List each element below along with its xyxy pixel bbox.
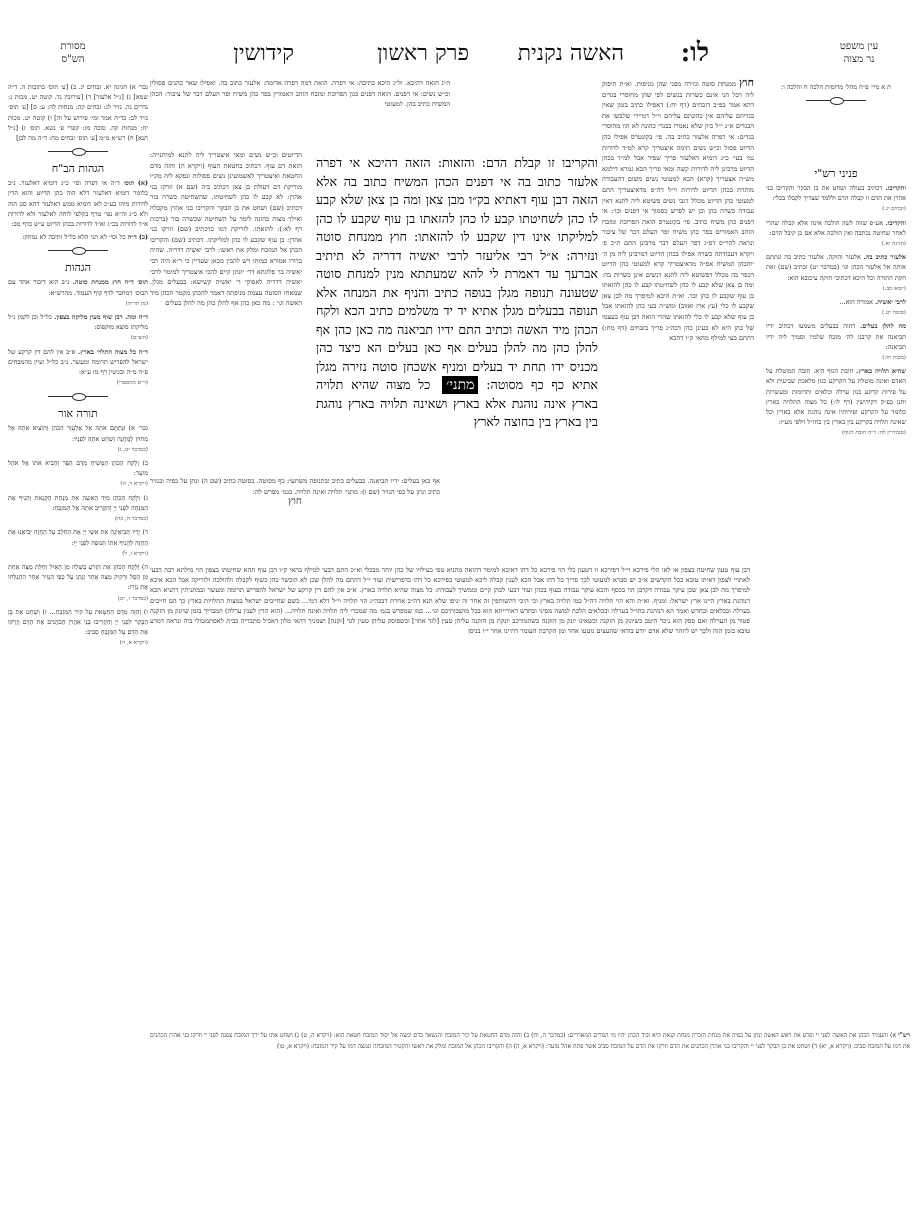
hagahot-habach-title: הגהות הב"ח <box>8 161 148 176</box>
wide-commentary-text: דבן עוף טעון שחיטה בצפון או לאו הלי פירכ… <box>150 566 750 635</box>
pennei-entry: והקריבו. דכתיב בעולה ושחט את בן הבקר והק… <box>766 183 906 215</box>
ornament-divider <box>48 147 108 155</box>
torah-or-entry: ג) וְלָקַח הַכֹּהֵן מִיַּד הָאִשָּׁה אֵת… <box>8 493 148 525</box>
torah-or-entry: גבר׳ א) וּנְתַתֶּם אֹתָהּ אֶל אֶלְעָזָר … <box>8 423 148 455</box>
catchword: חוץ <box>150 497 440 508</box>
pennei-entry: לרבי יאשיה. אמורה הוא...(סוטה יט.) <box>766 297 906 318</box>
tosafot-text: הדיוטים וכ״ש נשים ומאי איצטריך ליה לתנא … <box>150 151 302 307</box>
footnote-line: ד) ושחט את בן הבקר לפני יי והקריבו בני א… <box>514 1043 817 1050</box>
tosafot-side: הדיוטים וכ״ש נשים ומאי איצטריך ליה לתנא … <box>150 150 302 476</box>
page-header: עין משפט נר מצוה לו: האשה נקנית פרק ראשו… <box>0 38 914 78</box>
pennei-entry: מה להלן בעלים. דהוה בבעלים משמעו דכתיב י… <box>766 321 906 363</box>
tosafot-text: אף כאן בעלים: ידיו תביאנה. בבעלים כתיב ו… <box>150 477 440 496</box>
hagahot-entry: ד״ה כל מצוה התלוי׳ בארץ. א״ב אין להם דין… <box>8 347 148 389</box>
rashi-opening-word: חוץ <box>739 78 754 89</box>
mishna-tag: מתני׳ <box>442 376 478 394</box>
footnote-line: ה) והקריבו הכהן אל המזבח ומלק את ראשו וה… <box>277 1043 512 1050</box>
tosafot-top: ה״ג הזאה דהיכא. ול״ג היכא כתיבה: אי דפרה… <box>150 78 450 150</box>
ein-mishpat-column: ת א מיי׳ פ״ח מהל׳ מרומות הלכה ח והלכה ו: <box>766 82 906 106</box>
torah-or-entry: ה) וְלָקַח הַכֹּהֵן אֶת הַזְּרֹעַ בְּשֵׁ… <box>8 562 148 604</box>
hagahot-title: הגהות <box>8 260 148 275</box>
footnotes-label: רש"י <box>898 1032 910 1039</box>
chapter-title: האשה נקנית <box>518 40 624 66</box>
chapter-number: פרק ראשון <box>377 40 469 66</box>
wide-commentary: דבן עוף טעון שחיטה בצפון או לאו הלי פירכ… <box>150 565 750 1020</box>
hagahot-entry: ד״ה ומה. רבן שוף מעין מליקה בצפון. כל״ל … <box>8 312 148 344</box>
pennei-rashi-column: פניני רש"י והקריבו. דכתיב בעולה ושחט את … <box>766 160 906 640</box>
ornament-divider <box>806 96 866 104</box>
mesoret-hashas-column: גבר׳ א) חגיגה יא. זבחים יג. ב) [ע׳ תוס׳ … <box>8 82 148 1182</box>
pennei-rashi-title: פניני רש"י <box>766 166 906 181</box>
torah-or-entry: ב) וְלָקַח הַכֹּהֵן הַמָּשִׁיחַ מִדַּם ה… <box>8 458 148 490</box>
hagahot-entry: תוס׳ ד״ה חוץ ממנחת סוטה. נ״ב הוא דיבור א… <box>8 277 148 309</box>
bach-entry: (ב) ד״ה כל וסי׳ לא תני הלא כל״ל ותיבה לא… <box>8 232 148 242</box>
ornament-divider <box>48 392 108 400</box>
page-number: לו: <box>681 38 709 68</box>
pennei-entry: שהיא תלויה בארץ. חובת הגוף היא. חובה המו… <box>766 366 906 438</box>
tosafot-bottom: אף כאן בעלים: ידיו תביאנה. בבעלים כתיב ו… <box>150 476 440 516</box>
ein-mishpat-label: עין משפט נר מצוה <box>826 40 892 66</box>
footnote-line: ב) והזה מדם החטאת על קיר המזבח והנשאר בד… <box>301 1032 529 1039</box>
ein-mishpat-entry: ת א מיי׳ פ״ח מהל׳ מרומות הלכה ח והלכה ו: <box>766 82 906 92</box>
tosafot-text: ה״ג הזאה דהיכא. ול״ג היכא כתיבה: אי דפרה… <box>150 79 450 108</box>
torah-or-entry: ו) וְהִזָּה מִדַּם הַחַטָּאת עַל קִיר הַ… <box>8 607 148 649</box>
bach-entry: (א) תוס׳ ד״ה אי דפרה וסי׳ כ״ג דומיא דאלע… <box>8 178 148 229</box>
mesoret-text: גבר׳ א) חגיגה יא. זבחים יג. ב) [ע׳ תוס׳ … <box>8 82 148 143</box>
tractate-title: קידושין <box>233 40 294 66</box>
gemara-text: והקריבו זו קבלת הדם: והזאות: הזאה דהיכא … <box>316 155 598 392</box>
rashi-text: ממנחת סוטה ונזירה מפני שהן מניפות. וא״ת … <box>602 80 754 342</box>
rashi-commentary: חוץ ממנחת סוטה ונזירה מפני שהן מניפות. ו… <box>602 78 754 478</box>
footnote-line: א) והעמיד הכהן את האשה לפני יי ופרע את ר… <box>531 1032 896 1039</box>
pennei-entry: אלעזר כתיב בה. אלעזר והוקה. אלעזר כתיב ב… <box>766 252 906 294</box>
gemara-main-text: והקריבו זו קבלת הדם: והזאות: הזאה דהיכא … <box>316 154 598 440</box>
mesoret-label: מסורת הש"ס <box>40 40 106 66</box>
pennei-entry: והקריבו. אע״פ שזוה לשון הולכה אינה אלא ק… <box>766 218 906 250</box>
ornament-divider <box>48 246 108 254</box>
torah-or-entry: ד) יָדָיו תְּבִיאֶינָה אֵת אִשֵּׁי יְיָ … <box>8 527 148 559</box>
torah-or-title: תורה אור <box>8 406 148 421</box>
verse-footnotes: רש"י א) והעמיד הכהן את האשה לפני יי ופרע… <box>150 1030 910 1090</box>
